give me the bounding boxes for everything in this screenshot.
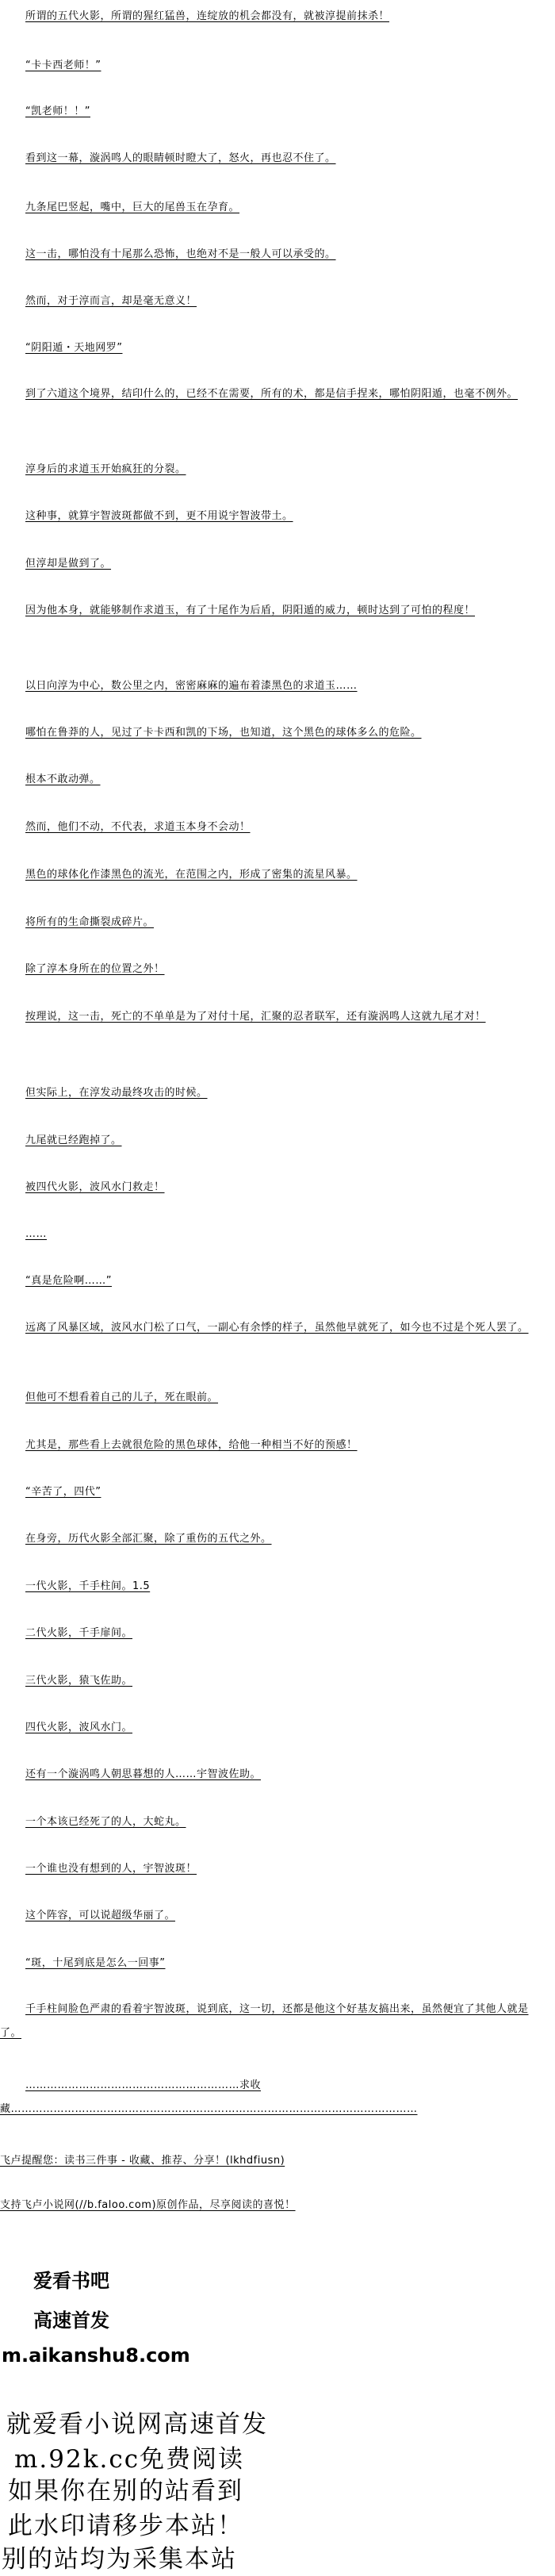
- collect-request-line: ……………………………………………………求收藏………………………………………………: [0, 2074, 539, 2121]
- promo-tagline: 高速首发: [33, 2305, 109, 2332]
- paragraph: 将所有的生命撕裂成碎片。: [25, 911, 555, 935]
- paragraph: 一个谁也没有想到的人，宇智波斑！: [25, 1857, 555, 1881]
- paragraph: 三代火影，猿飞佐助。: [25, 1669, 555, 1693]
- watermark-line: 别的站均为采集本站: [2, 2539, 237, 2574]
- paragraph: “真是危险啊……”: [25, 1269, 555, 1293]
- paragraph: 尤其是，那些看上去就很危险的黑色球体，给他一种相当不好的预感！: [25, 1434, 555, 1457]
- paragraph: 按理说，这一击，死亡的不单单是为了对付十尾，汇聚的忍者联军，还有漩涡鸣人这就九尾…: [0, 1005, 539, 1029]
- paragraph: 淳身后的求道玉开始疯狂的分裂。: [25, 458, 555, 482]
- watermark-line: 就爱看小说网高速首发: [6, 2404, 268, 2440]
- paragraph: 看到这一幕，漩涡鸣人的眼睛顿时瞪大了，怒火，再也忍不住了。: [25, 147, 555, 171]
- paragraph: 到了六道这个境界，结印什么的，已经不在需要，所有的术，都是信手捏来，哪怕阴阳遁，…: [0, 382, 539, 406]
- paragraph: 所谓的五代火影，所谓的猩红猛兽，连绽放的机会都没有，就被淳提前抹杀！: [25, 5, 555, 29]
- paragraph: 一个本该已经死了的人，大蛇丸。: [25, 1810, 555, 1834]
- paragraph: 以日向淳为中心，数公里之内，密密麻麻的遍布着漆黑色的求道玉……: [25, 674, 555, 698]
- paragraph: 但淳却是做到了。: [25, 552, 555, 576]
- paragraph: 一代火影，千手柱间。1.5: [25, 1575, 555, 1599]
- paragraph: 在身旁，历代火影全部汇聚，除了重伤的五代之外。: [25, 1527, 555, 1551]
- paragraph: 四代火影，波风水门。: [25, 1716, 555, 1740]
- paragraph: 但他可不想看着自己的儿子，死在眼前。: [25, 1386, 555, 1410]
- paragraph: 除了淳本身所在的位置之外！: [25, 958, 555, 981]
- paragraph: 远离了风暴区域，波风水门松了口气，一副心有余悸的样子，虽然他早就死了，如今也不过…: [0, 1316, 539, 1340]
- promo-site-name: 爱看书吧: [33, 2265, 109, 2293]
- paragraph: 哪怕在鲁莽的人，见过了卡卡西和凯的下场，也知道，这个黑色的球体多么的危险。: [25, 721, 555, 745]
- paragraph: 这个阵容，可以说超级华丽了。: [25, 1904, 555, 1928]
- paragraph: “斑，十尾到底是怎么一回事”: [25, 1952, 555, 1975]
- paragraph: 黑色的球体化作漆黑色的流光，在范围之内，形成了密集的流星风暴。: [25, 863, 555, 887]
- paragraph: 九条尾巴竖起，嘴中，巨大的尾兽玉在孕育。: [25, 196, 555, 220]
- paragraph: 千手柱间脸色严肃的看着宇智波斑，说到底，这一切，还都是他这个好基友搞出来，虽然便…: [0, 1998, 539, 2045]
- paragraph: 然而，对于淳而言，却是毫无意义！: [25, 290, 555, 313]
- paragraph: “辛苦了，四代”: [25, 1480, 555, 1504]
- watermark-line: 此水印请移步本站！: [8, 2505, 243, 2541]
- faloo-reminder: 飞卢提醒您：读书三件事 - 收藏、推荐、分享！(lkhdfiusn): [0, 2149, 539, 2173]
- paragraph: 因为他本身，就能够制作求道玉，有了十尾作为后盾，阴阳遁的威力，顿时达到了可怕的程…: [0, 599, 539, 623]
- paragraph: “卡卡西老师！”: [25, 54, 555, 78]
- paragraph: ……: [25, 1223, 555, 1246]
- paragraph: 这种事，就算宇智波斑都做不到，更不用说宇智波带土。: [25, 505, 555, 528]
- paragraph: “凯老师！！”: [25, 100, 555, 124]
- paragraph: 二代火影，千手扉间。: [25, 1622, 555, 1645]
- paragraph: 被四代火影，波风水门救走！: [25, 1176, 555, 1200]
- watermark-line: 如果你在别的站看到: [8, 2470, 243, 2506]
- paragraph: 然而，他们不动，不代表，求道玉本身不会动！: [25, 816, 555, 839]
- paragraph: 九尾就已经跑掉了。: [25, 1129, 555, 1153]
- faloo-support-note: 支持飞卢小说网(//b.faloo.com)原创作品，尽享阅读的喜悦！: [0, 2194, 539, 2217]
- promo-url: m.aikanshu8.com: [2, 2344, 190, 2367]
- paragraph: 还有一个漩涡鸣人朝思暮想的人……宇智波佐助。: [25, 1763, 555, 1787]
- paragraph: “阴阳遁・天地网罗”: [25, 336, 555, 360]
- watermark-line: m.92k.cc免费阅读: [14, 2439, 244, 2474]
- paragraph: 根本不敢动弹。: [25, 768, 555, 792]
- paragraph: 但实际上，在淳发动最终攻击的时候。: [25, 1081, 555, 1105]
- paragraph: 这一击，哪怕没有十尾那么恐怖，也绝对不是一般人可以承受的。: [25, 243, 555, 267]
